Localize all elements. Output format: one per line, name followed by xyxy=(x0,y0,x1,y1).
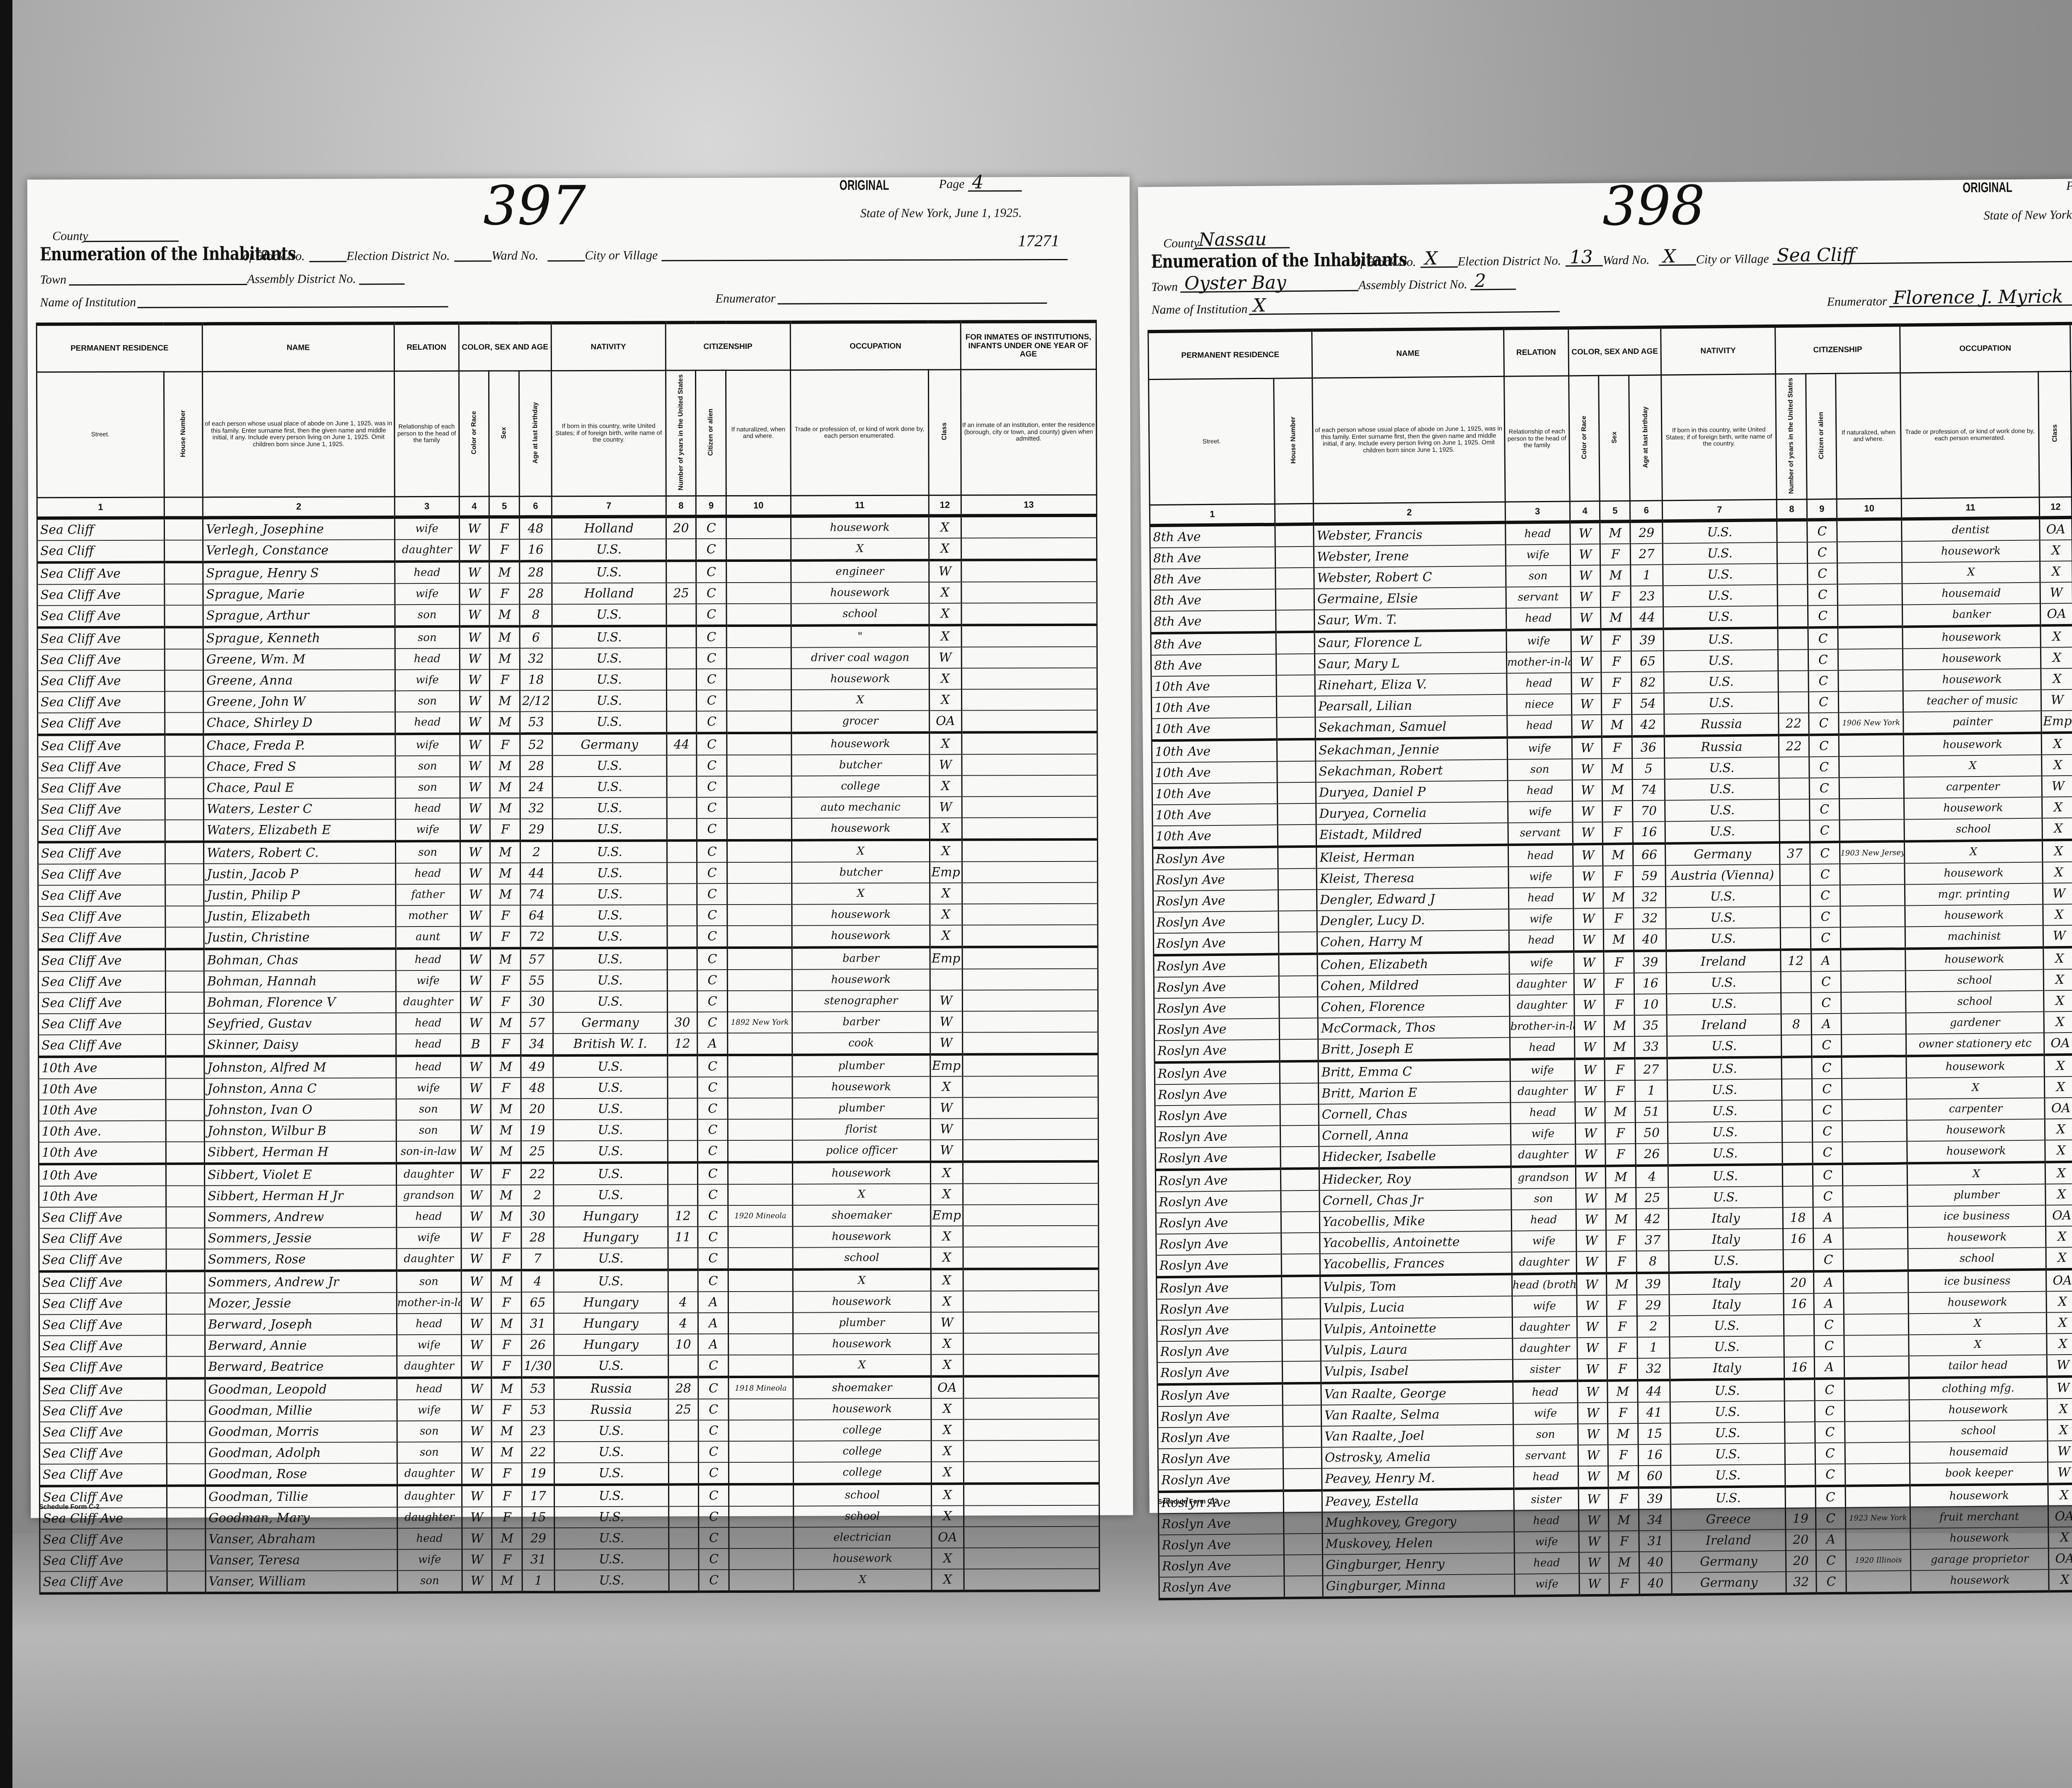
years-in-us-cell xyxy=(1782,1164,1813,1186)
nativity-cell: Germany xyxy=(552,733,667,755)
col-num: 8 xyxy=(666,496,696,517)
relation-cell: son xyxy=(1506,565,1570,587)
election-district-label: Election District No. xyxy=(1458,254,1561,269)
citizenship-cell: C xyxy=(697,776,727,797)
color-cell: W xyxy=(1578,1424,1608,1445)
assembly-label: Assembly District No. xyxy=(1358,278,1467,293)
occupation-cell: housework xyxy=(791,582,929,604)
color-cell: W xyxy=(460,905,490,927)
class-cell: W xyxy=(929,755,961,776)
header-occupation: OCCUPATION xyxy=(790,322,961,370)
inmate-residence-cell xyxy=(962,1054,1098,1077)
sex-cell: F xyxy=(1609,1488,1639,1510)
sex-cell: F xyxy=(1601,672,1631,694)
years-in-us-cell xyxy=(1780,885,1810,907)
naturalized-cell xyxy=(1846,1528,1910,1550)
nativity-cell: U.S. xyxy=(1670,1401,1784,1423)
color-cell: W xyxy=(1575,1059,1605,1081)
citizenship-cell: C xyxy=(697,840,727,862)
sex-cell: M xyxy=(1602,714,1632,737)
occupation-cell: housemaid xyxy=(1902,583,2040,605)
age-cell: 26 xyxy=(522,1334,554,1355)
class-cell: X xyxy=(2040,561,2072,583)
naturalized-cell xyxy=(727,840,792,862)
citizenship-cell: C xyxy=(698,1184,728,1205)
class-cell: X xyxy=(931,1291,963,1312)
years-in-us-cell: 4 xyxy=(668,1313,698,1334)
class-cell: W xyxy=(2041,690,2072,711)
age-cell: 31 xyxy=(522,1313,554,1334)
occupation-cell: school xyxy=(791,603,929,626)
sex-cell: M xyxy=(1609,1552,1639,1573)
nativity-cell: Austria (Vienna) xyxy=(1665,864,1780,886)
inmate-residence-cell xyxy=(962,861,1098,883)
age-cell: 82 xyxy=(1631,672,1664,693)
relation-cell: wife xyxy=(1512,1295,1577,1317)
age-cell: 25 xyxy=(521,1141,553,1163)
ward-label: Ward No. xyxy=(1603,253,1650,268)
nativity-cell: U.S. xyxy=(552,776,667,798)
relation-cell: daughter xyxy=(1513,1338,1577,1359)
nativity-cell: U.S. xyxy=(554,1270,668,1292)
citizenship-cell: C xyxy=(697,948,727,970)
nativity-cell: U.S. xyxy=(552,626,666,648)
occupation-cell: garage proprietor xyxy=(1911,1548,2049,1570)
naturalized-cell xyxy=(727,690,792,711)
occupation-cell: plumber xyxy=(793,1312,931,1334)
relation-cell: sister xyxy=(1514,1488,1578,1510)
inmate-residence-cell xyxy=(963,1398,1099,1420)
occupation-cell: " xyxy=(791,625,929,648)
citizenship-cell: C xyxy=(1808,649,1838,671)
sex-cell: F xyxy=(491,1292,522,1313)
subheader-nativity-desc: If born in this country, write United St… xyxy=(552,370,666,496)
color-cell: W xyxy=(460,798,490,819)
house-number-cell xyxy=(165,927,204,949)
house-number-cell xyxy=(165,842,204,864)
years-in-us-cell: 16 xyxy=(1784,1357,1814,1379)
col-num: 11 xyxy=(1901,497,2039,519)
age-cell: 37 xyxy=(1636,1229,1669,1251)
naturalized-cell xyxy=(726,648,791,669)
header-citizenship: CITIZENSHIP xyxy=(1775,325,1900,374)
nativity-cell: Russia xyxy=(554,1377,668,1399)
house-number-cell xyxy=(1277,803,1316,825)
sex-cell: F xyxy=(490,926,520,948)
relation-cell: servant xyxy=(1508,822,1573,844)
nativity-cell: U.S. xyxy=(1670,1422,1785,1444)
street-cell: 10th Ave xyxy=(39,1100,166,1121)
name-cell: Van Raalte, George xyxy=(1321,1382,1513,1405)
sex-cell: M xyxy=(1603,887,1634,908)
sex-cell: M xyxy=(491,1012,521,1033)
street-cell: Sea Cliff Ave xyxy=(39,1379,167,1401)
relation-cell: head xyxy=(1507,715,1572,737)
relation-cell: mother-in-law xyxy=(1506,651,1571,673)
table-row: Sea Cliff AveGoodman, TilliedaughterWF17… xyxy=(40,1483,1099,1508)
nativity-cell: Hungary xyxy=(554,1334,668,1355)
house-number-cell xyxy=(1283,1490,1322,1513)
occupation-cell: housework xyxy=(1903,669,2041,691)
citizenship-cell: C xyxy=(699,1484,729,1506)
house-number-cell xyxy=(165,691,203,712)
name-cell: Goodman, Millie xyxy=(205,1400,397,1421)
house-number-cell xyxy=(1283,1405,1322,1427)
naturalized-cell xyxy=(729,1484,794,1506)
street-cell: Sea Cliff xyxy=(37,518,164,541)
inmate-residence-cell xyxy=(961,538,1097,560)
street-cell: Roslyn Ave xyxy=(1153,869,1278,891)
color-cell: W xyxy=(460,691,490,712)
naturalized-cell xyxy=(728,1077,792,1098)
table-header: PERMANENT RESIDENCE NAME RELATION COLOR,… xyxy=(36,322,1097,518)
age-cell: 33 xyxy=(1635,1036,1667,1058)
house-number-cell xyxy=(164,584,203,605)
name-cell: Webster, Irene xyxy=(1314,545,1506,568)
relation-cell: daughter xyxy=(397,1485,462,1507)
nativity-cell: U.S. xyxy=(552,539,666,561)
naturalized-cell xyxy=(727,905,792,926)
county-field xyxy=(83,226,179,242)
sex-cell: M xyxy=(491,1270,522,1292)
years-in-us-cell: 22 xyxy=(1779,735,1809,757)
color-cell: W xyxy=(1575,1081,1605,1102)
class-cell: OA xyxy=(2040,603,2072,626)
age-cell: 42 xyxy=(1632,714,1664,736)
class-cell: W xyxy=(929,560,961,582)
naturalized-cell xyxy=(728,1140,792,1162)
class-cell: X xyxy=(2047,1333,2072,1355)
relation-cell: daughter xyxy=(397,1507,462,1528)
relation-cell: head xyxy=(395,798,460,819)
age-cell: 53 xyxy=(522,1377,554,1399)
name-cell: Goodman, Rose xyxy=(206,1463,397,1486)
citizenship-cell: C xyxy=(697,755,727,776)
age-cell: 16 xyxy=(1633,821,1665,844)
subheader-street: Street. xyxy=(1149,378,1275,505)
inmate-residence-cell xyxy=(963,1483,1099,1506)
house-number-cell xyxy=(1277,761,1316,783)
nativity-cell: Ireland xyxy=(1666,950,1781,973)
name-cell: Sprague, Kenneth xyxy=(203,627,395,649)
sex-cell: M xyxy=(1605,1101,1635,1123)
class-cell: W xyxy=(2042,776,2072,797)
street-cell: Sea Cliff Ave xyxy=(38,842,165,864)
relation-cell: mother-in-law xyxy=(397,1292,461,1314)
color-cell: W xyxy=(460,734,490,756)
occupation-cell: housework xyxy=(792,925,930,948)
nativity-cell: U.S. xyxy=(1671,1464,1785,1487)
sex-cell: M xyxy=(1607,1380,1638,1403)
years-in-us-cell: 16 xyxy=(1784,1293,1814,1315)
name-cell: Yacobellis, Antoinette xyxy=(1320,1231,1512,1254)
house-number-cell xyxy=(165,971,204,992)
color-cell: W xyxy=(1573,929,1604,952)
sex-cell: F xyxy=(492,1463,522,1485)
relation-cell: servant xyxy=(1506,586,1571,608)
institution-field xyxy=(137,291,448,308)
occupation-cell: housework xyxy=(1903,626,2041,649)
house-number-cell xyxy=(165,1034,204,1056)
name-cell: Dengler, Lucy D. xyxy=(1317,909,1509,932)
citizenship-cell: A xyxy=(1814,1357,1844,1379)
naturalized-cell xyxy=(1843,1206,1907,1228)
occupation-cell: college xyxy=(793,1441,931,1462)
sex-cell: M xyxy=(1600,565,1631,586)
years-in-us-cell xyxy=(666,648,697,669)
house-number-cell xyxy=(165,777,204,798)
table-row: Sea Cliff AveWaters, Elizabeth EwifeWF29… xyxy=(38,818,1097,842)
occupation-cell: gardener xyxy=(1906,1011,2044,1034)
relation-cell: daughter xyxy=(396,992,460,1013)
name-cell: Peavey, Henry M. xyxy=(1322,1467,1514,1490)
class-cell: X xyxy=(930,1077,963,1098)
class-cell: X xyxy=(930,925,962,947)
nativity-cell: U.S. xyxy=(1668,1164,1782,1187)
house-number-cell xyxy=(1279,997,1318,1019)
color-cell: W xyxy=(1576,1188,1606,1210)
inmate-residence-cell xyxy=(962,904,1098,925)
occupation-cell: X xyxy=(1907,1077,2045,1099)
sex-cell: M xyxy=(492,1570,522,1592)
name-cell: Chace, Freda P. xyxy=(203,734,395,756)
citizenship-cell: C xyxy=(1814,1336,1844,1357)
naturalized-cell xyxy=(1840,884,1905,906)
class-cell: X xyxy=(929,668,961,690)
house-number-cell xyxy=(166,1335,205,1356)
name-cell: Cohen, Elizabeth xyxy=(1317,952,1509,976)
nativity-cell: U.S. xyxy=(1668,1100,1782,1122)
occupation-cell: housework xyxy=(791,516,929,539)
header-inmates: FOR INMATES OF INSTITUTIONS, INFANTS UND… xyxy=(961,322,1097,370)
name-cell: Cohen, Harry M xyxy=(1317,930,1509,954)
years-in-us-cell xyxy=(1777,520,1807,542)
class-cell: Emp xyxy=(930,1055,962,1077)
years-in-us-cell xyxy=(1780,906,1811,928)
col-num xyxy=(164,497,203,518)
nativity-cell: U.S. xyxy=(553,1077,668,1098)
relation-cell: daughter xyxy=(397,1463,462,1485)
sex-cell: F xyxy=(491,970,521,991)
class-cell: W xyxy=(2048,1441,2072,1462)
name-cell: Justin, Christine xyxy=(204,927,396,949)
age-cell: 1 xyxy=(522,1570,554,1592)
table-row: 10th AveSibbert, Herman H JrgrandsonWM2U… xyxy=(39,1183,1099,1207)
color-cell: W xyxy=(1579,1531,1609,1553)
citizenship-cell: C xyxy=(1808,692,1839,713)
relation-cell: wife xyxy=(395,819,460,841)
age-cell: 40 xyxy=(1639,1573,1672,1595)
relation-cell: son xyxy=(395,777,460,798)
color-cell: W xyxy=(1576,1209,1606,1231)
relation-cell: mother xyxy=(396,905,460,927)
election-district-label: Election District No. xyxy=(346,249,450,264)
name-cell: Chace, Fred S xyxy=(203,756,395,777)
years-in-us-cell: 28 xyxy=(668,1377,698,1399)
street-cell: Sea Cliff xyxy=(37,540,165,563)
occupation-cell: stenographer xyxy=(792,990,930,1012)
nativity-cell: Germany xyxy=(1672,1551,1786,1573)
street-cell: Roslyn Ave xyxy=(1155,1084,1280,1106)
occupation-cell: driver coal wagon xyxy=(791,647,929,669)
color-cell: W xyxy=(1576,1251,1607,1274)
citizenship-cell: C xyxy=(1815,1422,1845,1443)
name-cell: Verlegh, Constance xyxy=(203,540,395,562)
class-cell: W xyxy=(2047,1355,2072,1377)
name-cell: Chace, Paul E xyxy=(203,777,395,798)
age-cell: 57 xyxy=(521,1012,553,1033)
naturalized-cell xyxy=(1845,1463,1910,1486)
table-row: 10th AveSibbert, Violet EdaughterWF22U.S… xyxy=(39,1161,1098,1186)
nativity-cell: U.S. xyxy=(554,1248,668,1270)
sex-cell: M xyxy=(1600,521,1630,544)
nativity-cell: U.S. xyxy=(552,648,666,669)
years-in-us-cell xyxy=(667,905,697,926)
occupation-cell: X xyxy=(1905,840,2043,864)
sex-cell: M xyxy=(1604,929,1634,951)
color-cell: W xyxy=(460,670,490,691)
color-cell: W xyxy=(1572,737,1602,759)
subheader-nativity-desc: If born in this country, write United St… xyxy=(1661,374,1777,501)
name-cell: Mughkovey, Gregory xyxy=(1322,1511,1514,1534)
street-cell: Sea Cliff Ave xyxy=(39,1464,167,1486)
inmate-residence-cell xyxy=(963,1205,1099,1226)
occupation-cell: housework xyxy=(792,1162,930,1184)
color-cell: W xyxy=(462,1421,492,1442)
sex-cell: F xyxy=(1604,951,1634,973)
occupation-cell: ice business xyxy=(1907,1205,2045,1227)
sex-cell: F xyxy=(492,1549,522,1570)
city-field xyxy=(661,244,1067,261)
house-number-cell xyxy=(167,1400,206,1421)
color-cell: W xyxy=(460,648,490,670)
occupation-cell: X xyxy=(1907,1162,2045,1185)
class-cell: X xyxy=(2045,1162,2072,1184)
house-number-cell xyxy=(165,756,204,777)
relation-cell: wife xyxy=(396,1078,461,1099)
class-cell: X xyxy=(2042,797,2072,818)
form-footer: Schedule Form C-2 xyxy=(1158,1498,1218,1506)
name-cell: Greene, Anna xyxy=(203,670,395,691)
inmate-residence-cell xyxy=(962,883,1098,904)
naturalized-cell xyxy=(1841,1013,1906,1034)
color-cell: W xyxy=(461,1270,491,1292)
age-cell: 31 xyxy=(1639,1530,1671,1552)
class-cell: X xyxy=(2048,1484,2072,1506)
class-cell: X xyxy=(931,1548,963,1569)
years-in-us-cell xyxy=(1778,649,1808,671)
street-cell: Sea Cliff Ave xyxy=(38,906,165,928)
house-number-cell xyxy=(164,540,203,562)
class-cell: X xyxy=(2043,947,2072,970)
years-in-us-cell xyxy=(667,926,697,948)
col-num: 1 xyxy=(37,497,164,518)
naturalized-cell xyxy=(1844,1356,1909,1378)
relation-cell: head xyxy=(1505,522,1570,544)
sex-cell: F xyxy=(1603,866,1633,887)
color-cell: W xyxy=(460,712,490,734)
table-row: Sea Cliff AveSommers, RosedaughterWF7U.S… xyxy=(39,1247,1099,1272)
color-cell: W xyxy=(1579,1573,1610,1596)
inmate-residence-cell xyxy=(963,1548,1099,1569)
house-number-cell xyxy=(166,1099,205,1120)
years-in-us-cell xyxy=(666,669,697,690)
street-cell: Sea Cliff Ave xyxy=(37,562,165,585)
inmate-residence-cell xyxy=(961,515,1097,538)
naturalized-cell xyxy=(727,733,792,755)
citizenship-cell: C xyxy=(1808,584,1838,606)
inmate-residence-cell xyxy=(961,668,1097,690)
relation-cell: sister xyxy=(1513,1359,1577,1381)
election-district-field xyxy=(454,246,491,262)
relation-cell: son xyxy=(1507,759,1572,780)
page-label: Page xyxy=(939,177,965,191)
years-in-us-cell xyxy=(1784,1401,1815,1422)
years-in-us-cell xyxy=(1781,971,1811,993)
sex-cell: F xyxy=(1602,693,1632,715)
occupation-cell: housework xyxy=(1907,1140,2045,1163)
table-row: Sea Cliff AveWaters, Robert C.sonWM2U.S.… xyxy=(38,840,1097,864)
occupation-cell: school xyxy=(1904,818,2042,842)
class-cell: X xyxy=(931,1420,963,1441)
table-row: Sea Cliff AveVanser, TeresawifeWF31U.S.C… xyxy=(40,1548,1099,1572)
nativity-cell: U.S. xyxy=(1668,1142,1782,1165)
occupation-cell: butcher xyxy=(792,862,930,883)
relation-cell: father xyxy=(395,884,460,905)
subheader-inmates-desc: If an inmate of an institution, enter th… xyxy=(961,369,1097,495)
town-field: Oyster Bay xyxy=(1180,275,1358,293)
house-number-cell xyxy=(1281,1212,1320,1233)
class-cell: X xyxy=(931,1506,963,1527)
inmate-residence-cell xyxy=(963,1419,1099,1441)
street-cell: Roslyn Ave xyxy=(1153,847,1278,870)
house-number-cell xyxy=(1283,1469,1322,1491)
age-cell: 16 xyxy=(520,539,552,561)
citizenship-cell: C xyxy=(697,648,727,669)
sex-cell: F xyxy=(1607,1251,1637,1273)
census-rows: 8th AveWebster, FrancisheadWM29U.S.Cdent… xyxy=(1150,516,2072,1599)
sex-cell: M xyxy=(1606,1188,1636,1209)
relation-cell: head xyxy=(395,712,460,734)
naturalized-cell xyxy=(1839,756,1904,777)
inmate-residence-cell xyxy=(961,732,1097,755)
house-number-cell xyxy=(1282,1361,1321,1384)
sex-cell: F xyxy=(491,1227,521,1248)
name-cell: Sommers, Rose xyxy=(205,1248,397,1271)
relation-cell: wife xyxy=(1513,1403,1578,1424)
relation-cell: daughter xyxy=(396,1163,461,1185)
relation-cell: wife xyxy=(395,517,459,540)
nativity-cell: Holland xyxy=(552,583,666,604)
street-cell: Roslyn Ave xyxy=(1154,997,1279,1020)
inmate-residence-cell xyxy=(961,603,1097,625)
street-cell: 10th Ave xyxy=(1152,762,1277,784)
class-cell: X xyxy=(931,1462,963,1484)
relation-cell: head xyxy=(395,648,460,670)
subheader-age: Age at last birthday xyxy=(1642,406,1650,468)
house-number-cell xyxy=(166,1207,205,1228)
house-number-cell xyxy=(1283,1426,1322,1448)
nativity-cell: U.S. xyxy=(1670,1443,1785,1465)
page-label: Page xyxy=(2066,179,2072,193)
citizenship-cell: C xyxy=(1808,627,1838,650)
age-cell: 7 xyxy=(521,1248,554,1270)
sex-cell: M xyxy=(1605,1015,1635,1037)
occupation-cell: school xyxy=(1910,1420,2048,1442)
years-in-us-cell xyxy=(667,991,697,1012)
age-cell: 19 xyxy=(522,1463,554,1485)
age-cell: 44 xyxy=(1631,607,1663,629)
